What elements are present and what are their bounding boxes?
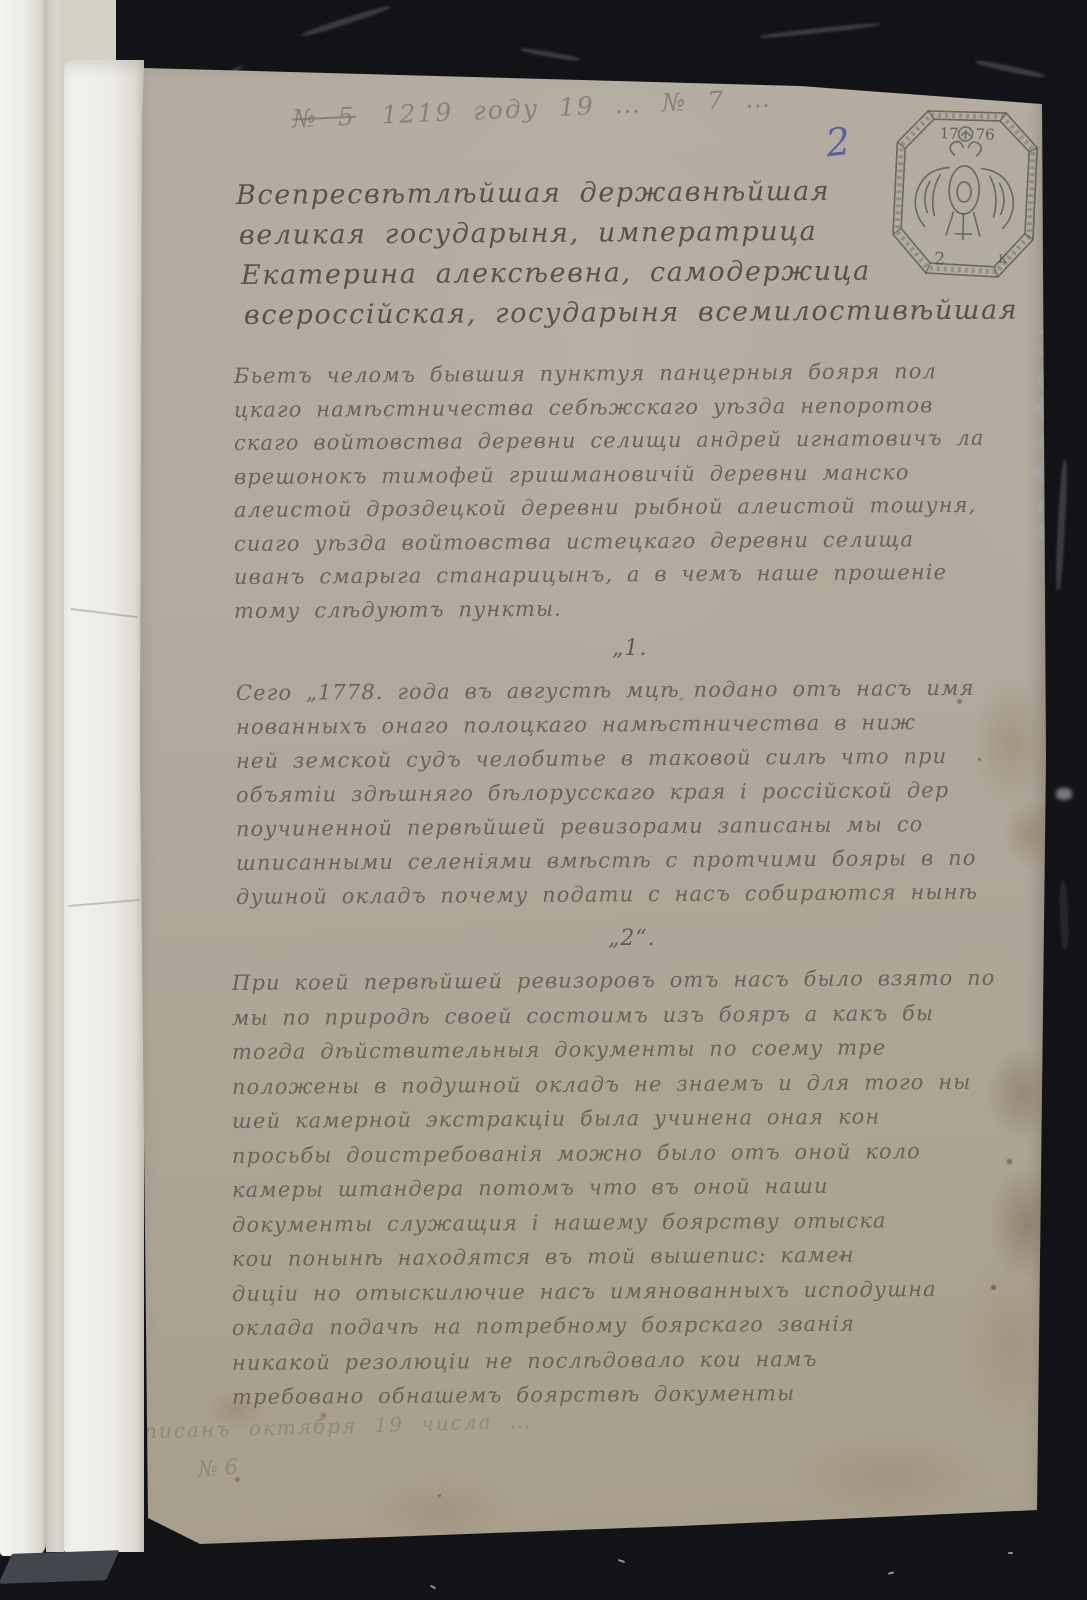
petition-line: никакой резолюціи не послѣдовало кои нам… (232, 1340, 996, 1380)
petition-line: просьбы доистребованія можно было отъ он… (232, 1133, 996, 1173)
book-page-edge-sliver (46, 0, 64, 1552)
petition-line: тогда дѣйствительныя документы по соему … (232, 1030, 996, 1070)
petition-line: камеры штандера потомъ что въ оной наши (232, 1168, 996, 1208)
petition-line: врешонокъ тимофей гришмановичій деревни … (234, 455, 985, 494)
petition-line: ней земской судъ челобитье в таковой сил… (236, 739, 978, 778)
book-page-edge-inner (64, 60, 144, 1552)
petition-line: сиаго уѣзда войтовства истецкаго деревни… (234, 522, 985, 561)
archival-note-text: 1219 году 19 … № 7 … (381, 84, 773, 130)
manuscript-sheet: № 51219 году 19 … № 7 … 2 17 76 2 К (140, 58, 1048, 1550)
heading-line: Всепресвѣтлѣйшая державнѣйшая (236, 171, 1019, 216)
section-marker-2: „2“. (608, 926, 656, 951)
petition-line: Бьетъ челомъ бывшия пунктуя панцерныя бо… (234, 355, 985, 394)
petition-line: объятіи здѣшняго бѣлорусскаго края і рос… (236, 773, 978, 812)
plastic-scratch (430, 1585, 436, 1590)
petition-line: диціи но отыскилючие насъ имянованныхъ и… (232, 1271, 996, 1311)
plastic-scratch (1008, 1552, 1013, 1554)
svg-text:76: 76 (975, 125, 995, 143)
section-marker-1: „1. (612, 636, 647, 661)
archival-note: № 51219 году 19 … № 7 … (292, 84, 773, 134)
petition-intro: Бьетъ челомъ бывшия пунктуя панцерныя бо… (234, 360, 985, 628)
petition-line: шей камерной экстракціи была учинена она… (232, 1099, 996, 1139)
section-2-text: При коей первѣйшей ревизоровъ отъ насъ б… (232, 966, 995, 1415)
petition-line: шписанными селеніями вмѣстѣ с протчими б… (236, 841, 978, 880)
plastic-glint (1055, 460, 1069, 590)
plastic-glint (301, 4, 390, 38)
svg-text:17: 17 (939, 124, 959, 142)
petition-line: Сего „1778. года въ августѣ мцѣ подано о… (236, 671, 978, 710)
petition-line: душной окладъ почему подати с насъ собир… (236, 875, 978, 914)
invocation-heading: Всепресвѣтлѣйшая державнѣйшая великая го… (236, 176, 1018, 336)
heading-line: Екатерина алексѣевна, самодержица (241, 251, 1019, 296)
plastic-glint (1056, 788, 1072, 800)
heading-line: великая государыня, императрица (239, 211, 1019, 256)
plastic-glint (760, 22, 880, 40)
petition-line: поучиненной первѣйшей ревизорами записан… (236, 807, 978, 846)
book-page-edge-outer (0, 0, 46, 1556)
book-cover-corner (0, 1550, 120, 1584)
footer-faint-note: писанъ октября 19 числа … (144, 1409, 532, 1444)
heading-line: всероссійская, государыня всемилостивѣйш… (244, 291, 1019, 336)
petition-line: скаго войтовства деревни селищи андрей и… (234, 422, 985, 461)
petition-line: документы служащия і нашему боярству оты… (232, 1202, 996, 1242)
plastic-scratch (888, 1571, 894, 1574)
petition-line: нованныхъ онаго полоцкаго намѣстничества… (236, 705, 978, 744)
petition-line: тому слѣдуютъ пункты. (234, 589, 985, 628)
petition-line: цкаго намѣстничества себѣжскаго уѣзда не… (234, 388, 985, 427)
crossed-out-number: № 5 (292, 102, 357, 134)
plastic-scratch (618, 1559, 625, 1563)
petition-line: оклада подачѣ на потребному боярскаго зв… (232, 1306, 996, 1346)
plastic-glint (1059, 880, 1069, 950)
section-1-text: Сего „1778. года въ августѣ мцѣ подано о… (236, 676, 978, 914)
petition-line: требовано обнашемъ боярствѣ документы (232, 1375, 996, 1415)
petition-line: иванъ смарыга станарицынъ, а в чемъ наше… (234, 556, 985, 595)
petition-line: положены в подушной окладъ не знаемъ и д… (232, 1064, 996, 1104)
photo-of-archival-manuscript: { "photo": { "description": "Photograph … (0, 0, 1087, 1600)
footer-corner-mark: № 6 (197, 1455, 238, 1482)
blue-folio-number: 2 (824, 119, 853, 165)
frayed-paper-edge (1029, 330, 1051, 540)
petition-line: При коей первѣйшей ревизоровъ отъ насъ б… (232, 961, 996, 1001)
plastic-glint (520, 47, 580, 62)
petition-line: мы по природѣ своей состоимъ изъ бояръ а… (232, 995, 996, 1035)
petition-line: кои понынѣ находятся въ той вышепис: кам… (232, 1237, 996, 1277)
petition-line: алеистой дроздецкой деревни рыбной алеис… (234, 489, 985, 528)
plastic-glint (975, 59, 1045, 79)
